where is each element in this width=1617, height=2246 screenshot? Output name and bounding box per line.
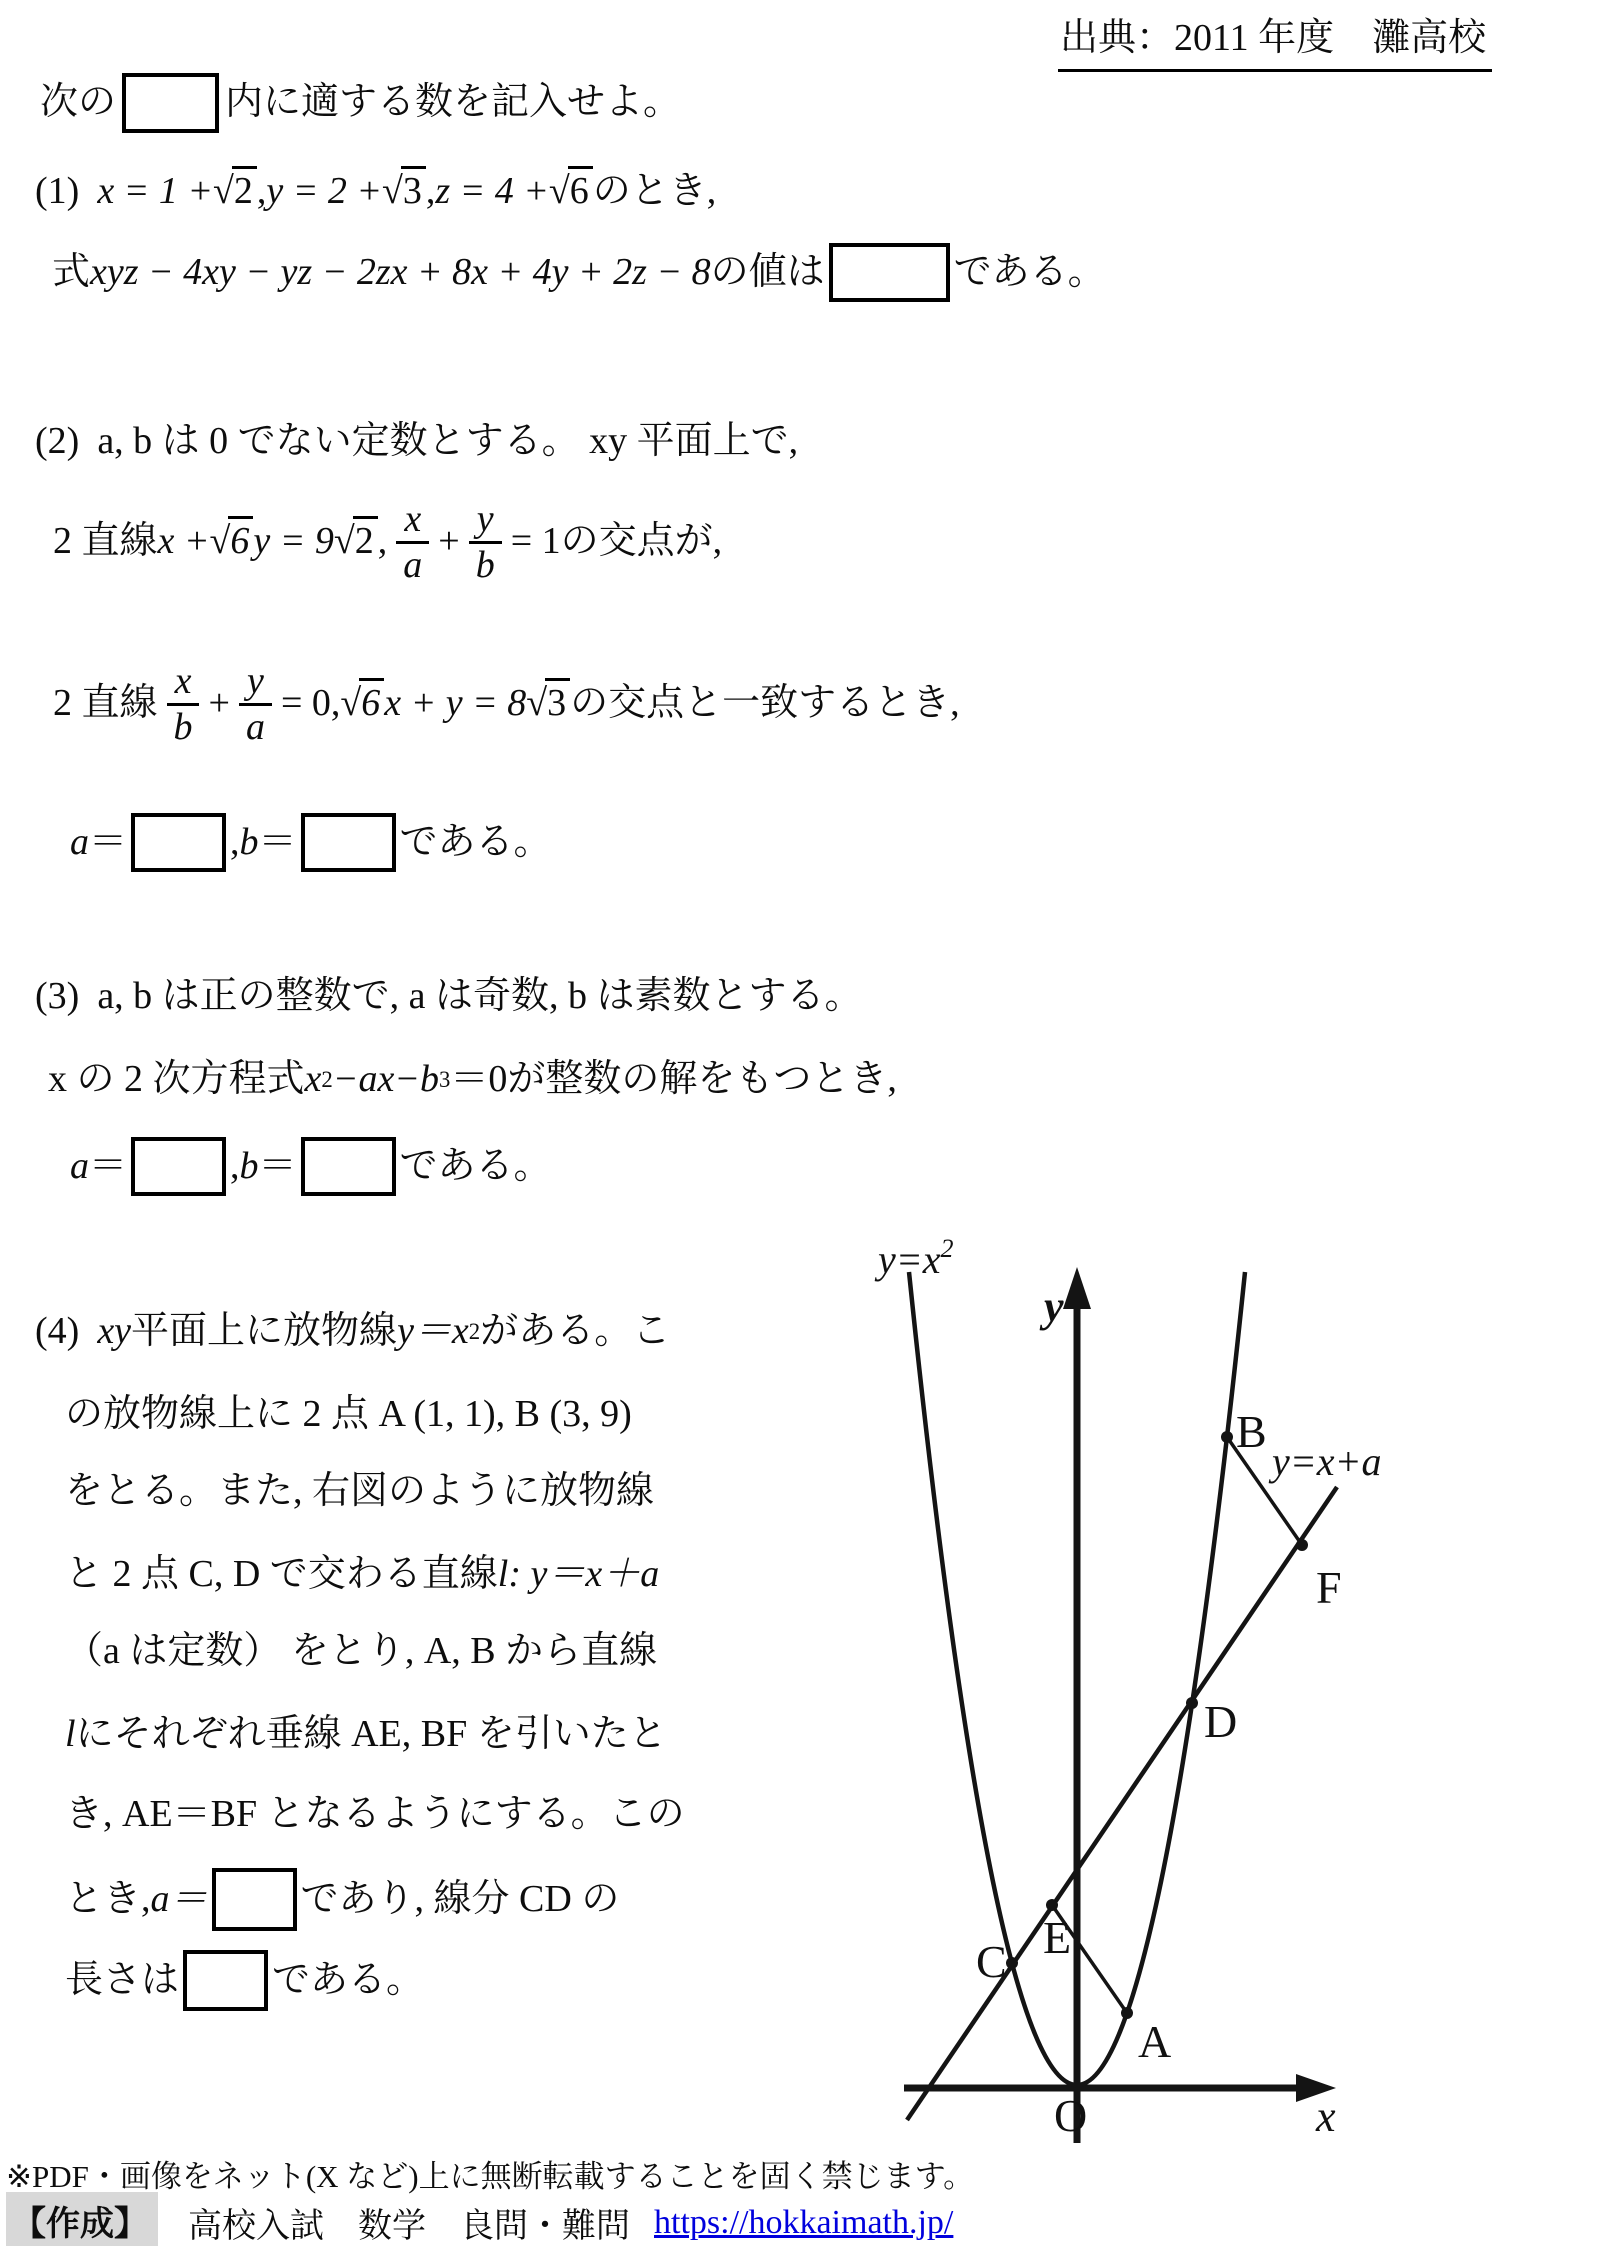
q1-given-x: x = 1 + [97, 168, 213, 216]
exam-page: 出典：2011 年度 灘高校 次の 内に適する数を記入せよ。 (1) x = 1… [0, 0, 1617, 2246]
q3-ans-sep: , [230, 1143, 240, 1191]
q3-eq-pre: x の 2 次方程式 [48, 1056, 305, 1104]
curve-equation-label: y=x2 [874, 1234, 954, 1282]
q4-l5-text: （a は定数） をとり, A, B から直線 [65, 1628, 657, 1676]
q3-a-equals: ＝ [89, 1143, 127, 1191]
point-A-label: A [1138, 2016, 1171, 2067]
q2-equation1-row: 2 直線 x + √6 y = 9 √2 , xa + yb = 1 の交点が, [53, 498, 722, 586]
q3-a-var: a [70, 1143, 89, 1191]
q3-equation-row: x の 2 次方程式 x 2 −ax−b 3 ＝0 が整数の解をもつとき, [48, 1056, 897, 1104]
sqrt-2: √2 [213, 168, 257, 216]
q4-line7: き, AE＝BF となるようにする。この [65, 1791, 685, 1839]
sqrt-3: √3 [526, 680, 570, 728]
point-B-dot [1221, 1431, 1233, 1443]
q3-answer-row: a ＝ , b ＝ である。 [70, 1137, 552, 1196]
q2-number: (2) [35, 418, 79, 466]
q1-sep2: , [426, 168, 436, 216]
q2-head-row: (2) a, b は 0 でない定数とする。 xy 平面上で, [35, 418, 798, 466]
figure-parabola-diagram: y=x2 y B y=x+a F D E C A O x [860, 1225, 1617, 2150]
q4-l8-a-equals: a＝ [151, 1876, 208, 1924]
radical-sign: √ [526, 682, 547, 724]
point-C-label: C [976, 1936, 1007, 1987]
q1-sep1: , [257, 168, 267, 216]
q4-l4-eq: : y＝x＋a [508, 1551, 659, 1599]
q2-ans-sep: , [230, 819, 240, 867]
q2-eq2-pre: 2 直線 [53, 680, 158, 728]
q4-l1-eq: y＝x [397, 1308, 469, 1356]
q2-eq2-equals: = 0, [281, 680, 340, 728]
q3-eq-post: が整数の解をもつとき, [507, 1056, 897, 1104]
sqrt-6: √6 [340, 680, 384, 728]
q2-answer-row: a ＝ , b ＝ である。 [70, 813, 552, 872]
source-title: 出典：2011 年度 灘高校 [1058, 6, 1492, 72]
radical-sign: √ [382, 170, 403, 212]
q2-eq1-comma: , [378, 518, 388, 566]
q4-l1-tail: がある。こ [480, 1308, 670, 1356]
q4-l6-l: l [65, 1711, 76, 1759]
denominator: b [166, 706, 201, 749]
q4-l4-text: と 2 点 C, D で交わる直線 [65, 1551, 498, 1599]
q4-line6: l にそれぞれ垂線 AE, BF を引いたと [65, 1711, 667, 1759]
q4-l6-text: にそれぞれ垂線 AE, BF を引いたと [76, 1711, 667, 1759]
q1-expr-tail: である。 [954, 249, 1106, 297]
q4-line9: 長さは である。 [65, 1950, 424, 2011]
plus-sign: + [209, 680, 230, 728]
credit-text: 高校入試 数学 良問・難問 [188, 2198, 630, 2246]
origin-label: O [1054, 2090, 1087, 2141]
point-F-dot [1296, 1539, 1308, 1551]
q2-eq1-equals: = 1 [511, 518, 561, 566]
q3-eq-zero: ＝0 [450, 1056, 507, 1104]
radical-sign: √ [549, 170, 570, 212]
answer-box-q3-a[interactable] [131, 1137, 226, 1196]
q1-expression-row: 式 xyz − 4xy − yz − 2zx + 8x + 4y + 2z − … [52, 243, 1106, 302]
point-B-label: B [1236, 1406, 1267, 1457]
q3-b-equals: ＝ [259, 1143, 297, 1191]
q4-line3: をとる。また, 右図のように放物線 [65, 1468, 654, 1516]
radicand: 2 [353, 516, 378, 562]
q4-number: (4) [35, 1308, 79, 1356]
q4-l2-text: の放物線上に 2 点 A (1, 1), B (3, 9) [65, 1391, 632, 1439]
q4-l9-post: である。 [272, 1957, 424, 2005]
point-E-dot [1046, 1899, 1058, 1911]
sqrt-6: √6 [210, 518, 254, 566]
credit-row: 【作成】 高校入試 数学 良問・難問 https://hokkaimath.jp… [6, 2192, 953, 2246]
answer-box-q2-b[interactable] [301, 813, 396, 872]
radicand: 6 [359, 678, 384, 724]
q4-line2: の放物線上に 2 点 A (1, 1), B (3, 9) [65, 1391, 632, 1439]
radicand: 2 [232, 166, 257, 212]
q3-ans-tail: である。 [400, 1143, 552, 1191]
plus-sign: + [438, 518, 459, 566]
sqrt-3: √3 [382, 168, 426, 216]
x-axis-label: x [1315, 2092, 1336, 2141]
numerator: y [239, 660, 272, 706]
radicand: 6 [228, 516, 253, 562]
answer-box-q3-b[interactable] [301, 1137, 396, 1196]
copyright-notice: ※PDF・画像をネット(X など)上に無断転載することを固く禁じます。 [6, 2151, 974, 2196]
superscript-3: 3 [439, 1066, 450, 1094]
q3-b-var: b [240, 1143, 259, 1191]
q2-eq1-x: x + [158, 518, 210, 566]
q4-line5: （a は定数） をとり, A, B から直線 [65, 1628, 657, 1676]
q1-expression: xyz − 4xy − yz − 2zx + 8x + 4y + 2z − 8 [90, 249, 711, 297]
q4-l8-post: であり, 線分 CD の [301, 1876, 620, 1924]
q4-l7-text: き, AE＝BF となるようにする。この [65, 1791, 685, 1839]
q2-a-var: a [70, 819, 89, 867]
q4-l8-pre: とき, [65, 1876, 151, 1924]
radicand: 3 [545, 678, 570, 724]
numerator: y [469, 498, 502, 544]
q1-expr-mid: の値は [711, 249, 825, 297]
q4-line8: とき, a＝ であり, 線分 CD の [65, 1868, 619, 1931]
q3-eq-x: x [305, 1056, 322, 1104]
fraction-x-over-b: xb [166, 660, 201, 748]
q4-l3-text: をとる。また, 右図のように放物線 [65, 1468, 654, 1516]
q1-givens-row: (1) x = 1 + √2 , y = 2 + √3 , z = 4 + √6… [35, 168, 716, 216]
answer-box-q2-a[interactable] [131, 813, 226, 872]
q4-line1: (4) xy 平面上に放物線 y＝x 2 がある。こ [35, 1308, 670, 1356]
point-F-label: F [1316, 1562, 1342, 1613]
q3-number: (3) [35, 973, 79, 1021]
q2-equation2-row: 2 直線 xb + ya = 0, √6 x + y = 8 √3 の交点と一致… [53, 660, 960, 748]
q4-l1-xy: xy [97, 1308, 131, 1356]
q1-expr-label: 式 [52, 249, 90, 297]
fraction-x-over-a: xa [395, 498, 430, 586]
q2-eq1-post: の交点が, [561, 518, 723, 566]
q1-given-z: z = 4 + [435, 168, 549, 216]
numerator: x [167, 660, 200, 706]
answer-box-q1-value[interactable] [829, 243, 950, 302]
q2-eq2-mid: x + y = 8 [384, 680, 526, 728]
q4-line4: と 2 点 C, D で交わる直線 l : y＝x＋a [65, 1551, 659, 1599]
answer-box-q4-cd[interactable] [183, 1950, 268, 2011]
credit-tag: 【作成】 [6, 2192, 158, 2246]
sqrt-2: √2 [334, 518, 378, 566]
radical-sign: √ [334, 520, 355, 562]
q3-head-text: a, b は正の整数で, a は奇数, b は素数とする。 [97, 973, 862, 1021]
y-axis-label: y [1039, 1282, 1064, 1331]
superscript-2: 2 [321, 1066, 332, 1094]
point-C-dot [1006, 1957, 1018, 1969]
y-axis-arrowhead [1063, 1267, 1091, 1309]
point-D-dot [1186, 1697, 1198, 1709]
q1-given-y: y = 2 + [266, 168, 382, 216]
radicand: 3 [401, 166, 426, 212]
q2-b-var: b [240, 819, 259, 867]
radical-sign: √ [213, 170, 234, 212]
intro-after: 内に適する数を記入せよ。 [225, 79, 681, 127]
q4-l1-text: 平面上に放物線 [131, 1308, 397, 1356]
intro-before: 次の [40, 79, 116, 127]
point-E-label: E [1043, 1912, 1071, 1963]
q2-eq1-mid: y = 9 [253, 518, 334, 566]
answer-box-intro[interactable] [122, 73, 219, 133]
denominator: a [395, 544, 430, 587]
q1-number: (1) [35, 168, 79, 216]
q2-a-equals: ＝ [89, 819, 127, 867]
q4-l9-pre: 長さは [65, 1957, 179, 2005]
line-equation-label: y=x+a [1268, 1439, 1382, 1484]
q2-b-equals: ＝ [259, 819, 297, 867]
site-link[interactable]: https://hokkaimath.jp/ [654, 2204, 953, 2242]
fraction-y-over-a: ya [238, 660, 273, 748]
numerator: x [396, 498, 429, 544]
superscript-2: 2 [469, 1318, 480, 1346]
answer-box-q4-a[interactable] [212, 1868, 297, 1931]
radicand: 6 [568, 166, 593, 212]
q2-head-text: a, b は 0 でない定数とする。 xy 平面上で, [97, 418, 798, 466]
point-D-label: D [1204, 1696, 1237, 1747]
q2-ans-tail: である。 [400, 819, 552, 867]
q3-head-row: (3) a, b は正の整数で, a は奇数, b は素数とする。 [35, 973, 863, 1021]
point-A-dot [1121, 2007, 1133, 2019]
intro-row: 次の 内に適する数を記入せよ。 [40, 73, 681, 133]
q2-eq1-pre: 2 直線 [53, 518, 158, 566]
q2-eq2-post: の交点と一致するとき, [570, 680, 960, 728]
q3-eq-mid: −ax−b [333, 1056, 439, 1104]
q4-l4-l: l [498, 1551, 509, 1599]
sqrt-6: √6 [549, 168, 593, 216]
q1-given-tail: のとき, [593, 168, 717, 216]
denominator: a [238, 706, 273, 749]
fraction-y-over-b: yb [468, 498, 503, 586]
denominator: b [468, 544, 503, 587]
